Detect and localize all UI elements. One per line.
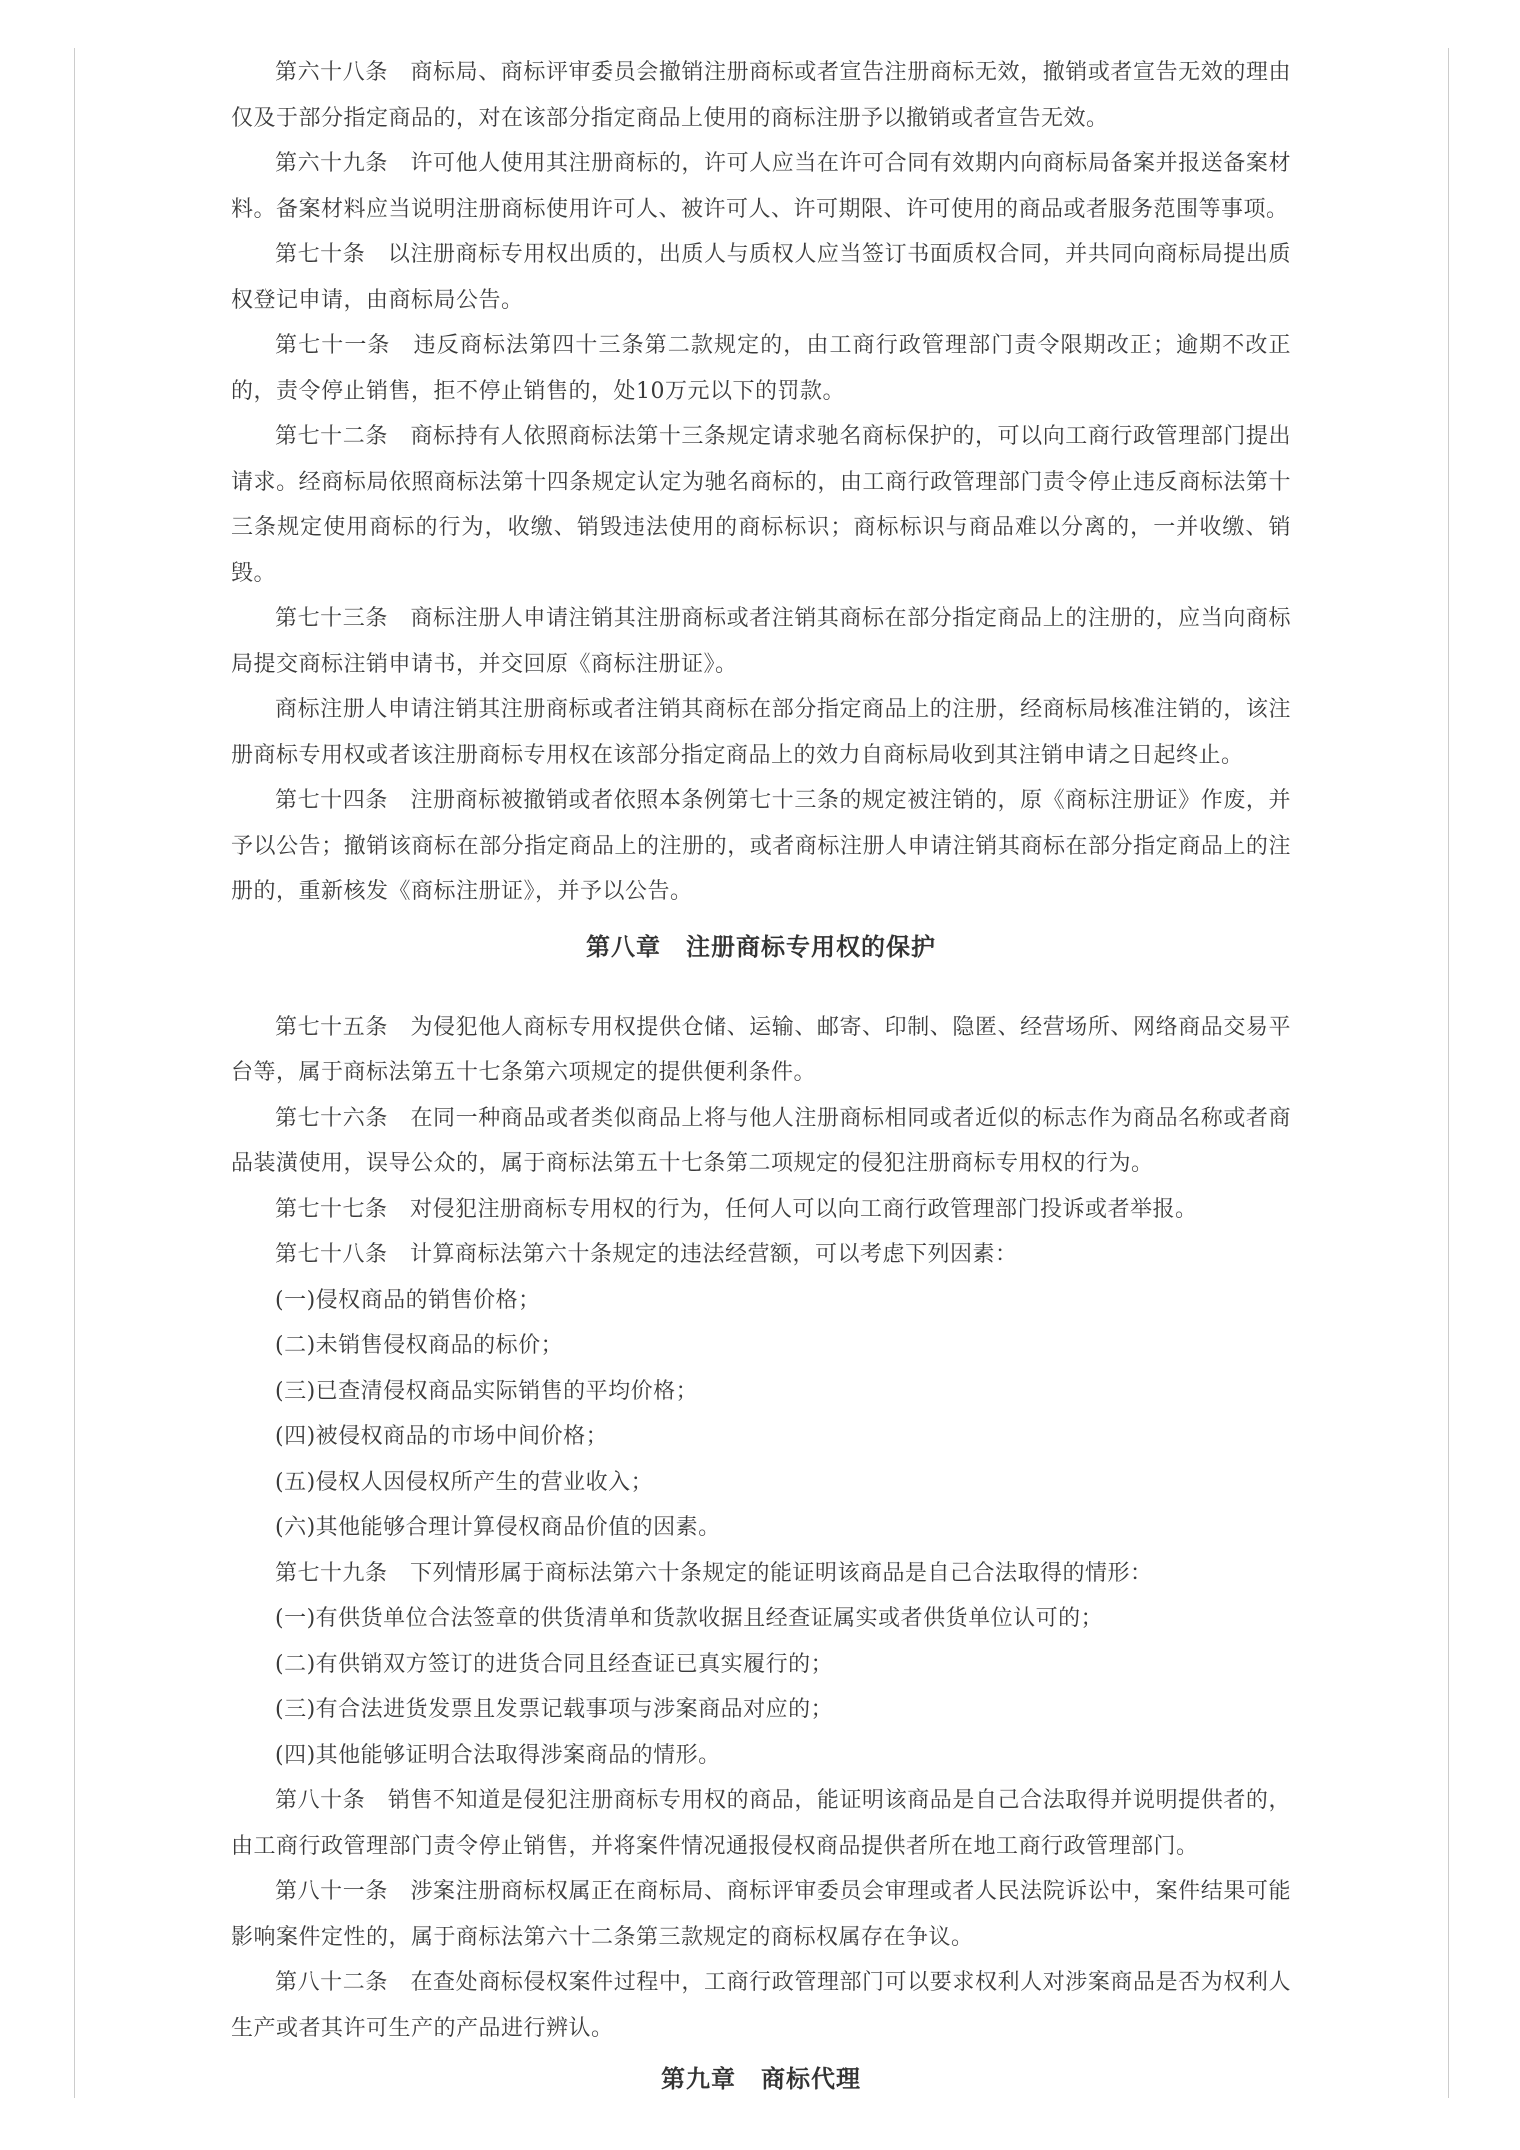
article-paragraph-72: 第七十二条 商标持有人依照商标法第十三条规定请求驰名商标保护的，可以向工商行政管…: [231, 414, 1291, 596]
list-item-1: (一)侵权商品的销售价格；: [231, 1278, 1291, 1324]
article-paragraph-69: 第六十九条 许可他人使用其注册商标的，许可人应当在许可合同有效期内向商标局备案并…: [231, 141, 1291, 232]
article-paragraph-80: 第八十条 销售不知道是侵犯注册商标专用权的商品，能证明该商品是自己合法取得并说明…: [231, 1778, 1291, 1869]
list-item-1b: (一)有供货单位合法签章的供货清单和货款收据且经查证属实或者供货单位认可的；: [231, 1596, 1291, 1642]
article-paragraph-75: 第七十五条 为侵犯他人商标专用权提供仓储、运输、邮寄、印制、隐匿、经营场所、网络…: [231, 1005, 1291, 1096]
article-paragraph-73: 第七十三条 商标注册人申请注销其注册商标或者注销其商标在部分指定商品上的注册的，…: [231, 596, 1291, 687]
article-paragraph-81: 第八十一条 涉案注册商标权属正在商标局、商标评审委员会审理或者人民法院诉讼中，案…: [231, 1869, 1291, 1960]
article-paragraph-73-continued: 商标注册人申请注销其注册商标或者注销其商标在部分指定商品上的注册，经商标局核准注…: [231, 687, 1291, 778]
list-item-2b: (二)有供销双方签订的进货合同且经查证已真实履行的；: [231, 1642, 1291, 1688]
article-paragraph-74: 第七十四条 注册商标被撤销或者依照本条例第七十三条的规定被注销的，原《商标注册证…: [231, 778, 1291, 915]
list-item-3b: (三)有合法进货发票且发票记载事项与涉案商品对应的；: [231, 1687, 1291, 1733]
page-border-left: [74, 48, 75, 2098]
article-paragraph-76: 第七十六条 在同一种商品或者类似商品上将与他人注册商标相同或者近似的标志作为商品…: [231, 1096, 1291, 1187]
article-paragraph-77: 第七十七条 对侵犯注册商标专用权的行为，任何人可以向工商行政管理部门投诉或者举报…: [231, 1187, 1291, 1233]
list-item-5: (五)侵权人因侵权所产生的营业收入；: [231, 1460, 1291, 1506]
chapter-9-heading: 第九章 商标代理: [231, 2061, 1291, 2097]
article-paragraph-82: 第八十二条 在查处商标侵权案件过程中，工商行政管理部门可以要求权利人对涉案商品是…: [231, 1960, 1291, 2051]
article-paragraph-78: 第七十八条 计算商标法第六十条规定的违法经营额，可以考虑下列因素：: [231, 1232, 1291, 1278]
chapter-8-heading: 第八章 注册商标专用权的保护: [231, 929, 1291, 965]
list-item-4: (四)被侵权商品的市场中间价格；: [231, 1414, 1291, 1460]
list-item-4b: (四)其他能够证明合法取得涉案商品的情形。: [231, 1733, 1291, 1779]
list-item-3: (三)已查清侵权商品实际销售的平均价格；: [231, 1369, 1291, 1415]
article-paragraph-71: 第七十一条 违反商标法第四十三条第二款规定的，由工商行政管理部门责令限期改正；逾…: [231, 323, 1291, 414]
article-paragraph-70: 第七十条 以注册商标专用权出质的，出质人与质权人应当签订书面质权合同，并共同向商…: [231, 232, 1291, 323]
list-item-6: (六)其他能够合理计算侵权商品价值的因素。: [231, 1505, 1291, 1551]
article-paragraph-79: 第七十九条 下列情形属于商标法第六十条规定的能证明该商品是自己合法取得的情形：: [231, 1551, 1291, 1597]
article-paragraph-68: 第六十八条 商标局、商标评审委员会撤销注册商标或者宣告注册商标无效，撤销或者宣告…: [231, 50, 1291, 141]
page-border-right: [1448, 48, 1449, 2098]
document-body: 第六十八条 商标局、商标评审委员会撤销注册商标或者宣告注册商标无效，撤销或者宣告…: [231, 50, 1291, 2097]
list-item-2: (二)未销售侵权商品的标价；: [231, 1323, 1291, 1369]
